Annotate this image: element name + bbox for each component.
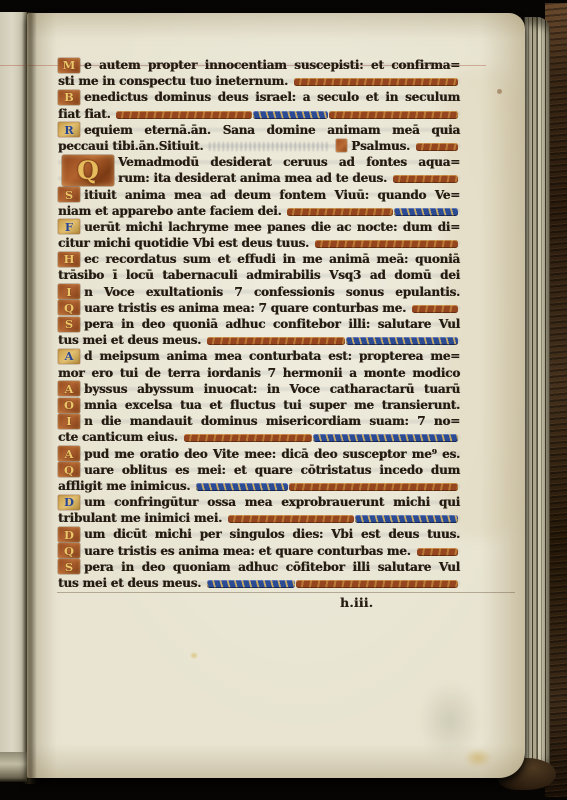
line-text: equiem eternā.ān. Sana domine animam meā… — [84, 122, 460, 138]
text-line: niam et apparebo ante faciem dei. — [58, 203, 460, 219]
text-line: Vemadmodū desiderat ceruus ad fontes aqu… — [58, 154, 460, 170]
line-filler-segment — [294, 78, 458, 86]
line-filler — [207, 337, 458, 345]
parchment-stain — [465, 749, 491, 767]
line-filler-segment — [412, 305, 458, 313]
line-filler-segment — [315, 240, 458, 248]
text-line: Sitiuit anima mea ad deum fontem Viuū: q… — [58, 187, 460, 203]
line-filler — [315, 240, 458, 248]
ink-bleedthrough — [209, 142, 330, 151]
illuminated-initial: S — [58, 187, 80, 202]
text-line: Quare oblitus es mei: et quare cōtristat… — [58, 462, 460, 478]
foxing-spot — [497, 89, 502, 94]
line-text: d meipsum anima mea conturbata est: prop… — [84, 348, 460, 364]
text-line: In die mandauit dominus misericordiam su… — [58, 413, 460, 429]
illuminated-initial: S — [58, 317, 80, 332]
ruling-line-bottom — [57, 592, 515, 593]
text-line: Quare tristis es anima mea: 7 quare cont… — [58, 300, 460, 316]
illuminated-initial: S — [58, 559, 80, 574]
line-filler — [294, 78, 458, 86]
manuscript-page: Q Me autem propter innocentiam suscepist… — [27, 13, 525, 778]
parchment-stain-small — [190, 652, 198, 659]
text-line: Requiem eternā.ān. Sana domine animam me… — [58, 122, 460, 138]
line-filler-segment — [296, 580, 458, 588]
line-text: tribulant me inimici mei. — [58, 510, 222, 526]
text-line: tribulant me inimici mei. — [58, 510, 460, 526]
text-line: citur michi quotidie Vbi est deus tuus. — [58, 235, 460, 251]
line-filler — [416, 143, 458, 151]
line-text: tus mei et deus meus. — [58, 575, 201, 591]
line-text: n Voce exultationis 7 confessionis sonus… — [84, 284, 460, 300]
illuminated-initial: Q — [58, 462, 80, 477]
illuminated-initial: B — [58, 90, 80, 105]
line-text: n die mandauit dominus misericordiam sua… — [84, 413, 460, 429]
line-text: mor ero tui de terra iordanis 7 hermonii… — [58, 365, 460, 381]
rubric-text: Psalmus. — [351, 138, 410, 154]
line-filler-segment — [228, 515, 354, 523]
line-text: peccaui tibi.ān.Sitiuit. — [58, 138, 203, 154]
quire-signature: h.iii. — [340, 595, 373, 610]
text-line: sti me in conspectu tuo ineternum. — [58, 73, 460, 89]
illuminated-initial: D — [58, 495, 80, 510]
rubric-mark — [336, 139, 347, 152]
line-filler-segment — [416, 143, 458, 151]
text-line: peccaui tibi.ān.Sitiuit.Psalmus. — [58, 138, 460, 154]
text-line: fiat fiat. — [58, 106, 460, 122]
line-filler-segment — [313, 434, 458, 442]
line-filler — [393, 175, 458, 183]
manuscript-photo: Q Me autem propter innocentiam suscepist… — [0, 0, 567, 800]
illuminated-initial: I — [58, 414, 80, 429]
line-filler-segment — [393, 175, 458, 183]
line-text: enedictus dominus deus israel: a seculo … — [84, 89, 460, 105]
text-line: Omnia excelsa tua et fluctus tui super m… — [58, 397, 460, 413]
line-filler — [184, 434, 458, 442]
illuminated-initial: R — [58, 122, 80, 137]
line-filler-segment — [287, 208, 392, 216]
line-filler — [412, 305, 458, 313]
line-text: mnia excelsa tua et fluctus tui super me… — [84, 397, 460, 413]
illuminated-initial: Q — [58, 300, 80, 315]
line-filler-segment — [417, 548, 458, 556]
line-filler-segment — [184, 434, 312, 442]
line-filler-segment — [346, 337, 458, 345]
text-line: tus mei et deus meus. — [58, 332, 460, 348]
illuminated-initial: I — [58, 284, 80, 299]
line-text: Vemadmodū desiderat ceruus ad fontes aqu… — [118, 154, 460, 170]
illuminated-initial: A — [58, 349, 80, 364]
line-text: trāsibo ī locū tabernaculi admirabilis V… — [58, 267, 460, 283]
line-text: pera in deo quoniam adhuc cōfitebor illi… — [84, 559, 460, 575]
line-filler-segment — [196, 483, 287, 491]
line-filler — [417, 548, 458, 556]
illuminated-initial: D — [58, 527, 80, 542]
text-line: Hec recordatus sum et effudi in me animā… — [58, 251, 460, 267]
text-line: In Voce exultationis 7 confessionis sonu… — [58, 284, 460, 300]
line-text: ec recordatus sum et effudi in me animā … — [84, 251, 460, 267]
line-text: tus mei et deus meus. — [58, 332, 201, 348]
illuminated-initial: M — [58, 58, 80, 73]
line-text: byssus abyssum inuocat: in Voce catharac… — [84, 381, 460, 397]
line-text: uare tristis es anima mea: et quare cont… — [84, 543, 411, 559]
line-text: uare tristis es anima mea: 7 quare contu… — [84, 300, 406, 316]
line-text: um dicūt michi per singulos dies: Vbi es… — [84, 526, 460, 542]
line-filler-segment — [207, 580, 294, 588]
illuminated-initial: O — [58, 398, 80, 413]
text-line: Benedictus dominus deus israel: a seculo… — [58, 89, 460, 105]
line-text: citur michi quotidie Vbi est deus tuus. — [58, 235, 309, 251]
illuminated-initial: F — [58, 219, 80, 234]
text-line: tus mei et deus meus. — [58, 575, 460, 591]
text-line: mor ero tui de terra iordanis 7 hermonii… — [58, 365, 460, 381]
text-line: rum: ita desiderat anima mea ad te deus. — [58, 170, 460, 186]
page-fore-edge-stack — [524, 17, 550, 779]
line-text: pera in deo quoniā adhuc confitebor illi… — [84, 316, 460, 332]
text-line: Quare tristis es anima mea: et quare con… — [58, 543, 460, 559]
text-line: Fuerūt michi lachryme mee panes die ac n… — [58, 219, 460, 235]
line-text: um confringūtur ossa mea exprobrauerunt … — [84, 494, 460, 510]
text-line: Apud me oratio deo Vite mee: dicā deo su… — [58, 446, 460, 462]
text-line: Ad meipsum anima mea conturbata est: pro… — [58, 348, 460, 364]
text-line: trāsibo ī locū tabernaculi admirabilis V… — [58, 267, 460, 283]
line-text: niam et apparebo ante faciem dei. — [58, 203, 281, 219]
line-text: fiat fiat. — [58, 106, 110, 122]
line-filler — [287, 208, 458, 216]
line-filler — [228, 515, 458, 523]
line-filler — [196, 483, 458, 491]
text-line: Me autem propter innocentiam suscepisti:… — [58, 57, 460, 73]
line-text: pud me oratio deo Vite mee: dicā deo sus… — [84, 446, 460, 462]
text-line: Dum confringūtur ossa mea exprobrauerunt… — [58, 494, 460, 510]
parchment-smudge — [419, 681, 481, 761]
line-text: affligit me inimicus. — [58, 478, 190, 494]
line-filler — [116, 111, 458, 119]
line-text: uare oblitus es mei: et quare cōtristatu… — [84, 462, 460, 478]
line-text: itiuit anima mea ad deum fontem Viuū: qu… — [84, 187, 460, 203]
line-filler-segment — [289, 483, 458, 491]
text-block: Q Me autem propter innocentiam suscepist… — [58, 57, 460, 591]
text-line: Dum dicūt michi per singulos dies: Vbi e… — [58, 526, 460, 542]
text-line: cte canticum eius. — [58, 429, 460, 445]
illuminated-initial: Q — [58, 543, 80, 558]
line-filler-segment — [394, 208, 458, 216]
illuminated-initial: A — [58, 381, 80, 396]
line-text: sti me in conspectu tuo ineternum. — [58, 73, 288, 89]
line-text: cte canticum eius. — [58, 429, 178, 445]
line-text: uerūt michi lachryme mee panes die ac no… — [84, 219, 460, 235]
line-filler-segment — [253, 111, 328, 119]
line-text: rum: ita desiderat anima mea ad te deus. — [118, 170, 387, 186]
text-line: affligit me inimicus. — [58, 478, 460, 494]
text-line: Abyssus abyssum inuocat: in Voce cathara… — [58, 381, 460, 397]
line-filler-segment — [116, 111, 252, 119]
line-filler-segment — [355, 515, 458, 523]
text-line: Spera in deo quoniā adhuc confitebor ill… — [58, 316, 460, 332]
illuminated-initial: A — [58, 446, 80, 461]
line-filler-segment — [329, 111, 458, 119]
illuminated-initial-q: Q — [62, 155, 114, 187]
line-text: e autem propter innocentiam suscepisti: … — [84, 57, 460, 73]
line-filler — [207, 580, 458, 588]
gutter-shadow — [23, 12, 37, 784]
illuminated-initial: H — [58, 252, 80, 267]
text-line: Spera in deo quoniam adhuc cōfitebor ill… — [58, 559, 460, 575]
line-filler-segment — [207, 337, 344, 345]
